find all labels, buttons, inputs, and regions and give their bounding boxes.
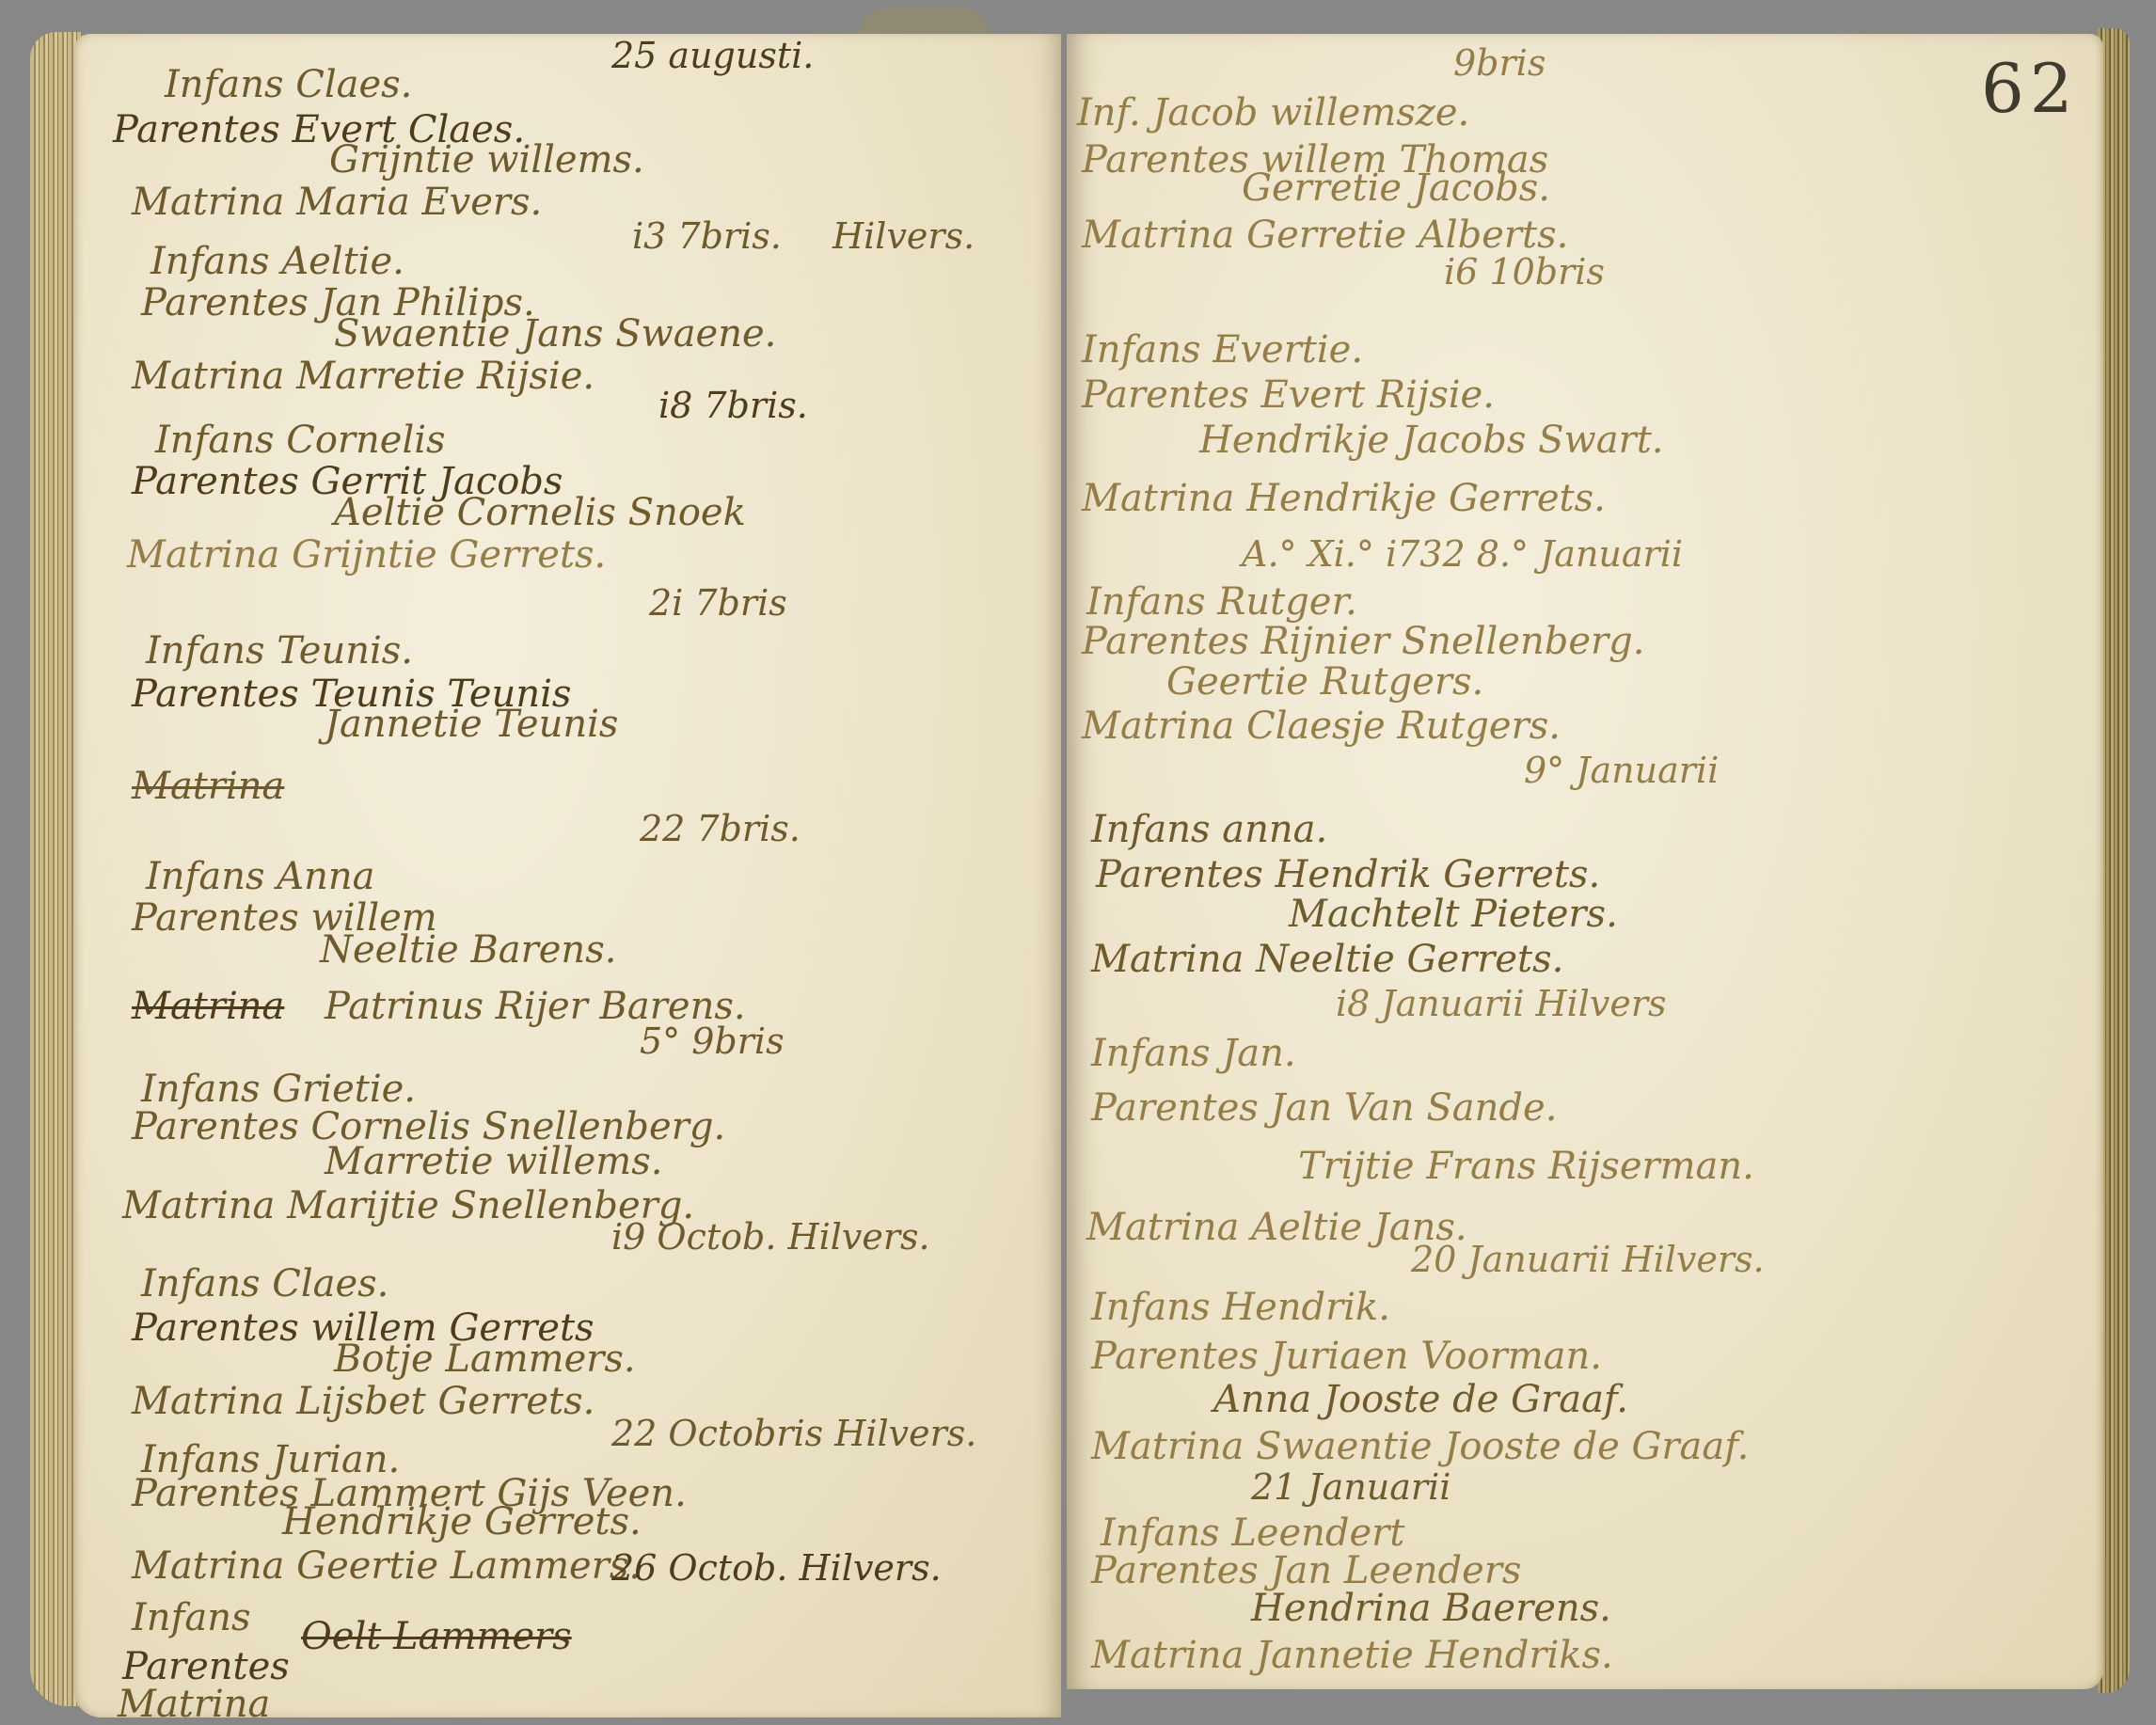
entry-date: 9° Januarii: [1524, 752, 1719, 788]
entry-line: Parentes Jan Van Sande.: [1091, 1089, 1557, 1127]
entry-line: Parentes Rijnier Snellenberg.: [1082, 623, 1644, 660]
entry-line: Parentes Evert Rijsie.: [1082, 376, 1495, 414]
entry-date: 26 Octob. Hilvers.: [611, 1550, 942, 1586]
entry-line: Gerretie Jacobs.: [1242, 169, 1550, 207]
entry-line: Botje Lammers.: [334, 1340, 636, 1378]
entry-date: A.° Xi.° i732 8.° Januarii: [1242, 536, 1683, 572]
entry-line: Infans Evertie.: [1082, 331, 1363, 369]
entry-line: Patrinus Rijer Barens.: [325, 988, 746, 1025]
entry-line: Infans Claes.: [165, 66, 412, 103]
entry-line: Parentes: [122, 1648, 290, 1685]
entry-line: Marretie willems.: [325, 1143, 662, 1180]
entry-line: Aeltie Cornelis Snoek: [334, 494, 746, 531]
entry-date: 22 Octobris Hilvers.: [611, 1416, 976, 1451]
entry-date: 9bris: [1453, 45, 1546, 81]
entry-line: Infans Aeltie.: [151, 243, 404, 280]
entry-date: Hilvers.: [832, 218, 975, 254]
entry-line: Infans Grietie.: [141, 1070, 416, 1108]
entry-line: Infans Leendert: [1101, 1514, 1404, 1552]
entry-line: Infans Anna: [146, 858, 374, 895]
entry-date: 20 Januarii Hilvers.: [1411, 1242, 1765, 1277]
entry-date: 5° 9bris: [640, 1023, 785, 1059]
entry-line: Infans Hendrik.: [1091, 1289, 1390, 1326]
entry-line: Matrina Geertie Lammers.: [132, 1547, 641, 1585]
entry-line: Machtelt Pieters.: [1289, 895, 1618, 933]
entry-line: Matrina Claesje Rutgers.: [1082, 707, 1561, 745]
open-book: 62 25 augusti.Infans Claes.Parentes Ever…: [0, 0, 2156, 1725]
entry-line: Inf. Jacob willemsze.: [1077, 94, 1469, 132]
entry-line: Matrina Swaentie Jooste de Graaf.: [1091, 1428, 1749, 1465]
entry-date: 22 7bris.: [640, 811, 801, 847]
entry-line: Hendrikje Gerrets.: [282, 1503, 642, 1541]
entry-line: Swaentie Jans Swaene.: [334, 315, 776, 353]
entry-line: Matrina Jannetie Hendriks.: [1091, 1637, 1613, 1674]
entry-line: Matrina Marretie Rijsie.: [132, 357, 594, 395]
entry-line: Anna Jooste de Graaf.: [1213, 1381, 1628, 1418]
entry-line: Infans Jan.: [1091, 1035, 1296, 1072]
entry-line: Matrina Gerretie Alberts.: [1082, 216, 1568, 254]
entry-line: Matrina Maria Evers.: [132, 183, 542, 221]
entry-date: 2i 7bris: [649, 585, 787, 621]
entry-date: i3 7bris.: [632, 218, 782, 254]
entry-date: 21 Januarii: [1251, 1469, 1451, 1505]
entry-line: Infans Teunis.: [146, 632, 413, 670]
entry-date: i9 Octob. Hilvers.: [611, 1219, 930, 1255]
entry-date: i8 Januarii Hilvers: [1336, 986, 1667, 1021]
entry-line: Matrina: [118, 1685, 270, 1723]
entry-line: Matrina Lijsbet Gerrets.: [132, 1383, 594, 1420]
entry-line: Infans Cornelis: [155, 421, 446, 459]
entry-line: Matrina Neeltie Gerrets.: [1091, 941, 1563, 978]
entry-line: Hendrikje Jacobs Swart.: [1199, 421, 1663, 459]
entry-line: Infans: [132, 1599, 251, 1637]
entry-line: Grijntie willems.: [329, 141, 644, 179]
entry-line: Infans Rutger.: [1086, 583, 1357, 621]
entry-line: Hendrina Baerens.: [1251, 1590, 1611, 1627]
entry-line: Matrina: [132, 988, 284, 1025]
entry-date: i6 10bris: [1444, 254, 1605, 290]
entry-line: Matrina Marijtie Snellenberg.: [122, 1187, 694, 1225]
entry-line: Trijtie Frans Rijserman.: [1298, 1147, 1754, 1185]
entry-line: Matrina Aeltie Jans.: [1086, 1209, 1467, 1246]
entry-line: Matrina Grijntie Gerrets.: [127, 536, 606, 574]
entry-line: Neeltie Barens.: [320, 931, 616, 969]
entry-date: 25 augusti.: [611, 38, 814, 73]
page-number: 62: [1981, 49, 2079, 128]
entry-line: Matrina: [132, 768, 284, 805]
entry-line: Infans anna.: [1091, 811, 1327, 848]
entry-line: Parentes Jan Leenders: [1091, 1552, 1521, 1590]
entry-line: Geertie Rutgers.: [1166, 663, 1483, 701]
entry-line: Oelt Lammers: [301, 1618, 572, 1655]
entry-line: Parentes Juriaen Voorman.: [1091, 1337, 1602, 1375]
entry-line: Matrina Hendrikje Gerrets.: [1082, 480, 1606, 517]
entry-date: i8 7bris.: [658, 388, 808, 423]
entry-line: Infans Claes.: [141, 1265, 388, 1303]
entry-line: Parentes Hendrik Gerrets.: [1096, 856, 1600, 894]
entry-line: Jannetie Teunis: [325, 705, 618, 743]
